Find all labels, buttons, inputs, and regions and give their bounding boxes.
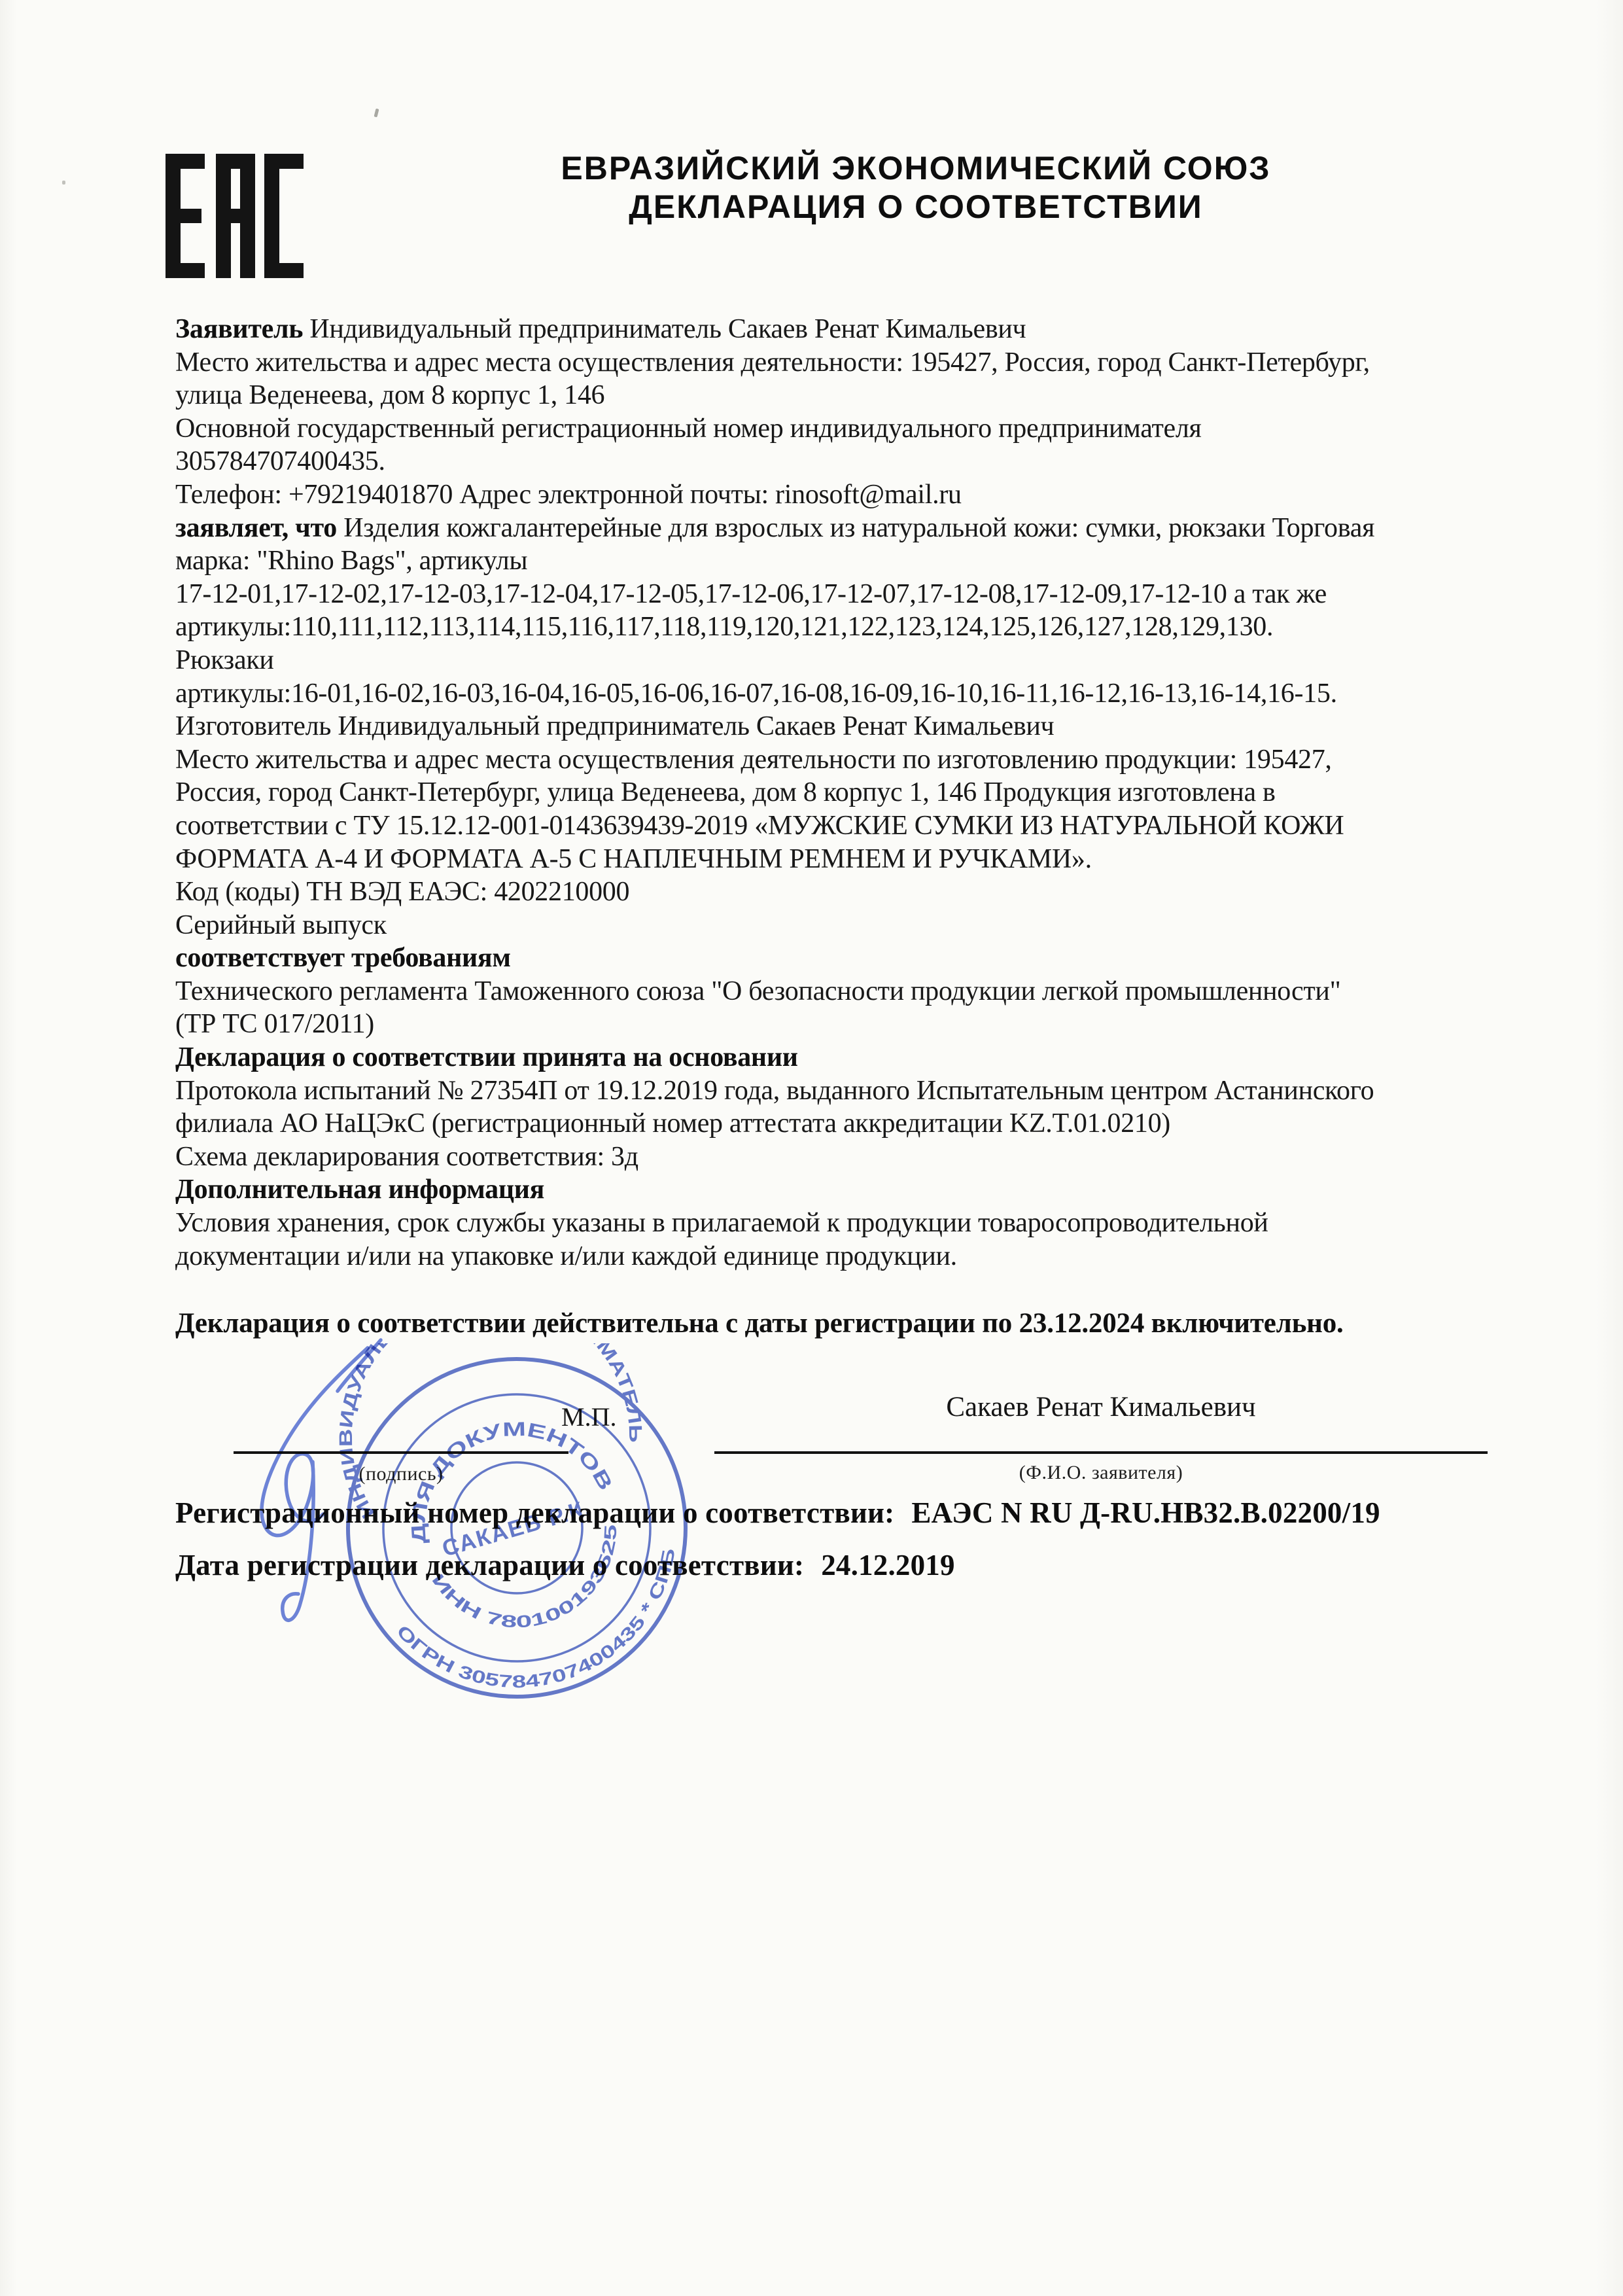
body-line: Код (коды) ТН ВЭД ЕАЭС: 4202210000 <box>175 875 1484 909</box>
body-line: Дополнительная информация <box>175 1173 1484 1207</box>
body-line-text: Индивидуальный предприниматель Сакаев Ре… <box>309 314 1026 344</box>
body-line: соответствует требованиям <box>175 942 1484 975</box>
body-line-text: Место жительства и адрес места осуществл… <box>175 347 1370 378</box>
eac-logo-icon <box>166 154 305 278</box>
body-line-lead: Декларация о соответствии принята на осн… <box>175 1042 798 1072</box>
handwritten-signature <box>216 1333 412 1641</box>
body-line-text: артикулы:16-01,16-02,16-03,16-04,16-05,1… <box>175 679 1337 709</box>
body-line: Основной государственный регистрационный… <box>175 412 1484 446</box>
header-union-title: ЕВРАЗИЙСКИЙ ЭКОНОМИЧЕСКИЙ СОЮЗ <box>491 149 1341 188</box>
body-line-text: Схема декларирования соответствия: 3д <box>175 1142 638 1172</box>
body-line-text: соответствии с ТУ 15.12.12-001-014363943… <box>175 811 1344 841</box>
body-line: Заявитель Индивидуальный предприниматель… <box>175 313 1484 346</box>
body-line-text: Рюкзаки <box>175 645 274 675</box>
body-line-text: 305784707400435. <box>175 446 385 476</box>
body-line-text: филиала АО НаЦЭкС (регистрационный номер… <box>175 1108 1170 1139</box>
body-line: 17-12-01,17-12-02,17-12-03,17-12-04,17-1… <box>175 578 1484 611</box>
body-line-text: улица Веденеева, дом 8 корпус 1, 146 <box>175 380 604 410</box>
scanned-declaration-page: ЕВРАЗИЙСКИЙ ЭКОНОМИЧЕСКИЙ СОЮЗ ДЕКЛАРАЦИ… <box>0 0 1623 2296</box>
body-line-lead: Заявитель <box>175 314 309 344</box>
body-line-text: Место жительства и адрес места осуществл… <box>175 745 1332 775</box>
body-line: Декларация о соответствии принята на осн… <box>175 1041 1484 1074</box>
body-line: марка: "Rhino Bags", артикулы <box>175 544 1484 578</box>
body-line-text: Телефон: +79219401870 Адрес электронной … <box>175 480 962 510</box>
body-line: 305784707400435. <box>175 445 1484 478</box>
header-doc-title: ДЕКЛАРАЦИЯ О СООТВЕТСТВИИ <box>491 188 1341 226</box>
body-line-text: марка: "Rhino Bags", артикулы <box>175 546 527 576</box>
applicant-name: Сакаев Ренат Кимальевич <box>714 1391 1488 1423</box>
body-line: ФОРМАТА А-4 И ФОРМАТА А-5 С НАПЛЕЧНЫМ РЕ… <box>175 843 1484 876</box>
body-line: документации и/или на упаковке и/или каж… <box>175 1240 1484 1273</box>
registration-date-value: 24.12.2019 <box>821 1549 955 1581</box>
body-line: Технического регламента Таможенного союз… <box>175 975 1484 1008</box>
body-line: заявляет, что Изделия кожгалантерейные д… <box>175 512 1484 545</box>
body-line: Изготовитель Индивидуальный предпринимат… <box>175 710 1484 743</box>
body-line: Серийный выпуск <box>175 909 1484 942</box>
stamp-center-text: САКАЕВ Р.К. <box>440 1494 595 1561</box>
body-line: Рюкзаки <box>175 644 1484 677</box>
body-line: соответствии с ТУ 15.12.12-001-014363943… <box>175 809 1484 843</box>
body-line-text: Условия хранения, срок службы указаны в … <box>175 1208 1268 1238</box>
body-line: артикулы:110,111,112,113,114,115,116,117… <box>175 610 1484 644</box>
document-header: ЕВРАЗИЙСКИЙ ЭКОНОМИЧЕСКИЙ СОЮЗ ДЕКЛАРАЦИ… <box>491 149 1341 226</box>
body-line-text: 17-12-01,17-12-02,17-12-03,17-12-04,17-1… <box>175 579 1327 609</box>
body-line-text: артикулы:110,111,112,113,114,115,116,117… <box>175 612 1273 642</box>
declaration-body: Заявитель Индивидуальный предприниматель… <box>175 313 1484 1273</box>
applicant-name-line <box>714 1451 1488 1454</box>
body-line-lead: Дополнительная информация <box>175 1174 544 1205</box>
body-line-lead: соответствует требованиям <box>175 943 511 973</box>
body-line: (ТР ТС 017/2011) <box>175 1008 1484 1041</box>
scan-speck <box>374 109 379 118</box>
body-line: Условия хранения, срок службы указаны в … <box>175 1207 1484 1240</box>
body-line-text: Изготовитель Индивидуальный предпринимат… <box>175 711 1054 741</box>
body-line-text: Протокола испытаний № 27354П от 19.12.20… <box>175 1076 1374 1106</box>
body-line-text: Россия, город Санкт-Петербург, улица Вед… <box>175 777 1276 807</box>
body-line-text: Серийный выпуск <box>175 910 387 940</box>
body-line-text: Технического регламента Таможенного союз… <box>175 976 1340 1006</box>
body-line: Протокола испытаний № 27354П от 19.12.20… <box>175 1074 1484 1108</box>
body-line: Россия, город Санкт-Петербург, улица Вед… <box>175 776 1484 809</box>
registration-number-value: ЕАЭС N RU Д-RU.НВ32.В.02200/19 <box>911 1496 1380 1529</box>
body-line-text: (ТР ТС 017/2011) <box>175 1009 374 1039</box>
body-line: Схема декларирования соответствия: 3д <box>175 1140 1484 1174</box>
body-line: улица Веденеева, дом 8 корпус 1, 146 <box>175 379 1484 412</box>
body-line: филиала АО НаЦЭкС (регистрационный номер… <box>175 1107 1484 1140</box>
body-line-text: Код (коды) ТН ВЭД ЕАЭС: 4202210000 <box>175 877 629 907</box>
body-line-text: Изделия кожгалантерейные для взрослых из… <box>343 513 1374 543</box>
body-line: Телефон: +79219401870 Адрес электронной … <box>175 478 1484 512</box>
body-line-text: документации и/или на упаковке и/или каж… <box>175 1241 957 1271</box>
body-line: Место жительства и адрес места осуществл… <box>175 743 1484 777</box>
body-line: Место жительства и адрес места осуществл… <box>175 346 1484 380</box>
body-line-lead: заявляет, что <box>175 513 343 543</box>
body-line-text: Основной государственный регистрационный… <box>175 414 1202 444</box>
body-line-text: ФОРМАТА А-4 И ФОРМАТА А-5 С НАПЛЕЧНЫМ РЕ… <box>175 844 1092 874</box>
applicant-name-caption: (Ф.И.О. заявителя) <box>714 1462 1488 1484</box>
scan-speck <box>62 181 65 185</box>
body-line: артикулы:16-01,16-02,16-03,16-04,16-05,1… <box>175 677 1484 711</box>
